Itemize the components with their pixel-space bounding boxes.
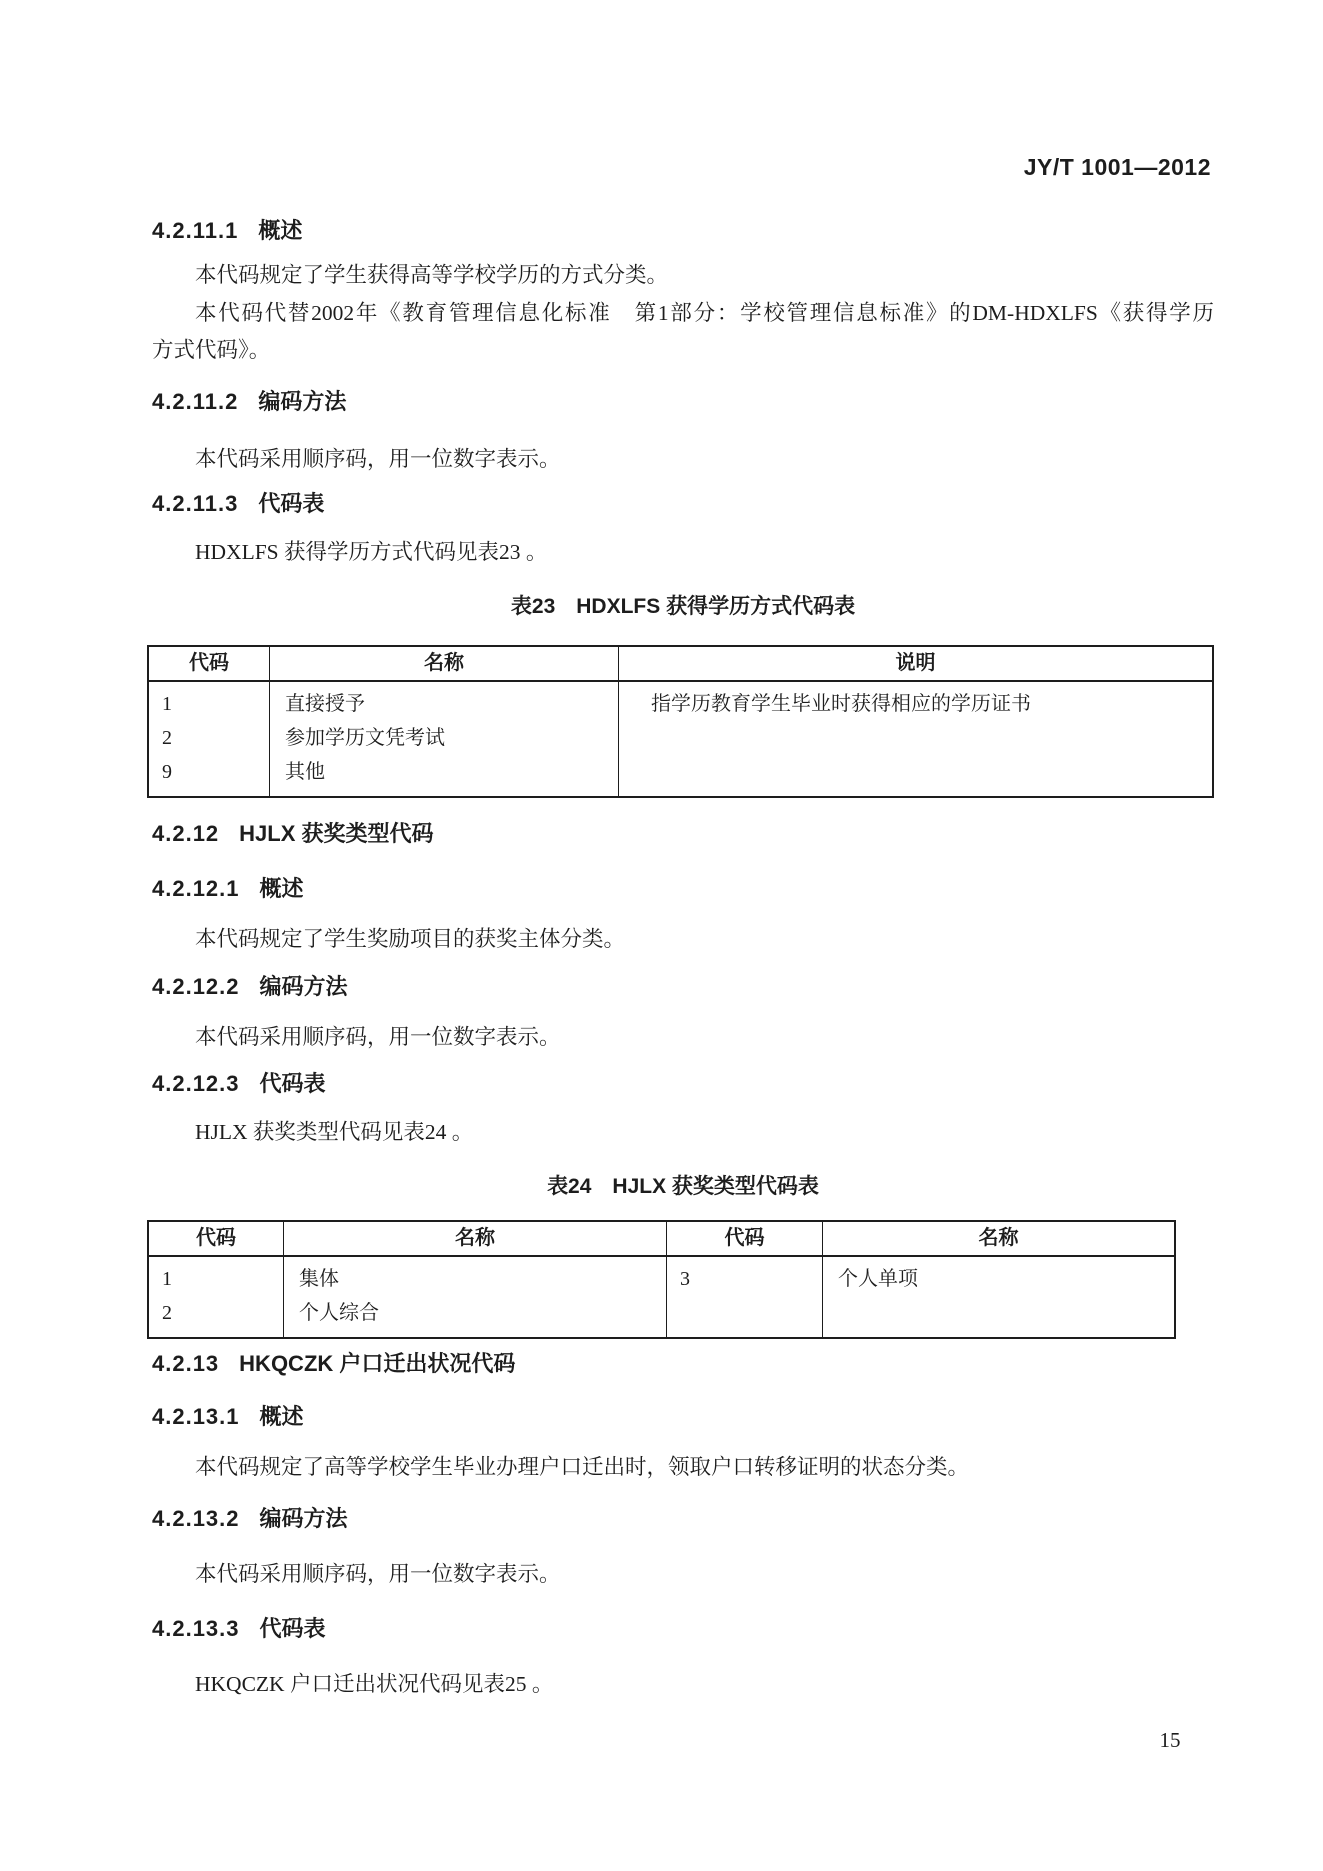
column-header: 名称: [283, 1222, 666, 1255]
code-cell: 3: [666, 1257, 822, 1337]
heading-title: 概述: [260, 876, 304, 901]
name-value: 其他: [285, 755, 618, 789]
heading-4-2-12-2: 4.2.12.2编码方法: [152, 970, 348, 1004]
heading-number: 4.2.13.2: [152, 1506, 240, 1531]
heading-number: 4.2.13.3: [152, 1616, 240, 1641]
column-header: 说明: [618, 647, 1212, 680]
paragraph: 本代码采用顺序码，用一位数字表示。: [152, 1020, 1214, 1054]
heading-number: 4.2.11.2: [152, 389, 238, 414]
code-value: 3: [680, 1262, 822, 1296]
desc-value: 指学历教育学生毕业时获得相应的学历证书: [651, 687, 1212, 721]
heading-4-2-12-3: 4.2.12.3代码表: [152, 1067, 326, 1101]
code-value: 1: [162, 1262, 283, 1296]
heading-title: 概述: [258, 218, 302, 243]
paragraph-line: 方式代码》。: [152, 332, 1214, 369]
heading-4-2-13: 4.2.13HKQCZK 户口迁出状况代码: [152, 1347, 515, 1381]
paragraph: 本代码规定了高等学校学生毕业办理户口迁出时，领取户口转移证明的状态分类。: [152, 1450, 1214, 1484]
column-header: 名称: [269, 647, 618, 680]
heading-4-2-11-2: 4.2.11.2编码方法: [152, 385, 346, 419]
heading-number: 4.2.13.1: [152, 1404, 240, 1429]
heading-4-2-12: 4.2.12HJLX 获奖类型代码: [152, 817, 434, 851]
heading-4-2-13-3: 4.2.13.3代码表: [152, 1612, 326, 1646]
code-value: 1: [162, 687, 269, 721]
paragraph: 本代码规定了学生奖励项目的获奖主体分类。: [152, 922, 1214, 956]
heading-4-2-11-3: 4.2.11.3代码表: [152, 487, 324, 521]
table24-header-row: 代码 名称 代码 名称: [149, 1222, 1174, 1257]
code-value: 2: [162, 1296, 283, 1330]
paragraph-line: 本代码代替2002年《教育管理信息化标准 第1部分：学校管理信息标准》的DM-H…: [152, 295, 1214, 332]
heading-title: 概述: [260, 1404, 304, 1429]
heading-4-2-12-1: 4.2.12.1概述: [152, 872, 304, 906]
name-value: 集体: [299, 1262, 666, 1296]
paragraph: 本代码代替2002年《教育管理信息化标准 第1部分：学校管理信息标准》的DM-H…: [152, 295, 1214, 369]
paragraph: HDXLFS 获得学历方式代码见表23 。: [152, 535, 1214, 569]
heading-title: 编码方法: [258, 389, 346, 414]
table23: 代码 名称 说明 1 2 9 直接授予 参加学历文凭考试 其他 指学历教育学生毕…: [147, 645, 1214, 798]
name-value: 个人单项: [838, 1262, 1174, 1296]
heading-4-2-13-2: 4.2.13.2编码方法: [152, 1502, 348, 1536]
name-cell: 集体 个人综合: [283, 1257, 666, 1337]
name-value: 参加学历文凭考试: [285, 721, 618, 755]
name-value: 直接授予: [285, 687, 618, 721]
page-number: 15: [1140, 1723, 1200, 1757]
heading-title: 代码表: [260, 1071, 326, 1096]
desc-value: [651, 755, 1212, 789]
desc-value: [651, 721, 1212, 755]
heading-title: 代码表: [260, 1616, 326, 1641]
heading-number: 4.2.12: [152, 821, 219, 846]
heading-title: 编码方法: [260, 974, 348, 999]
desc-cell: 指学历教育学生毕业时获得相应的学历证书: [618, 682, 1212, 796]
name-cell: 直接授予 参加学历文凭考试 其他: [269, 682, 618, 796]
heading-number: 4.2.11.1: [152, 218, 238, 243]
heading-title: 代码表: [258, 491, 324, 516]
table23-header-row: 代码 名称 说明: [149, 647, 1212, 682]
heading-number: 4.2.11.3: [152, 491, 238, 516]
table23-body-row: 1 2 9 直接授予 参加学历文凭考试 其他 指学历教育学生毕业时获得相应的学历…: [149, 682, 1212, 796]
code-cell: 1 2 9: [149, 682, 269, 796]
paragraph: 本代码采用顺序码，用一位数字表示。: [152, 1557, 1214, 1591]
column-header: 代码: [149, 1222, 283, 1255]
heading-4-2-13-1: 4.2.13.1概述: [152, 1400, 304, 1434]
table23-caption: 表23 HDXLFS 获得学历方式代码表: [152, 590, 1214, 624]
name-cell: 个人单项: [822, 1257, 1174, 1337]
heading-number: 4.2.13: [152, 1351, 219, 1376]
heading-title: HKQCZK 户口迁出状况代码: [239, 1351, 515, 1376]
code-value: 9: [162, 755, 269, 789]
column-header: 代码: [149, 647, 269, 680]
heading-number: 4.2.12.3: [152, 1071, 240, 1096]
document-page: JY/T 1001—2012 4.2.11.1概述 本代码规定了学生获得高等学校…: [0, 0, 1323, 1871]
heading-title: 编码方法: [260, 1506, 348, 1531]
column-header: 代码: [666, 1222, 822, 1255]
name-value: 个人综合: [299, 1296, 666, 1330]
column-header: 名称: [822, 1222, 1174, 1255]
doc-code-header: JY/T 1001—2012: [1024, 150, 1211, 184]
table24: 代码 名称 代码 名称 1 2 集体 个人综合 3 个人单项: [147, 1220, 1176, 1339]
table24-body-row: 1 2 集体 个人综合 3 个人单项: [149, 1257, 1174, 1337]
heading-number: 4.2.12.2: [152, 974, 240, 999]
code-value: 2: [162, 721, 269, 755]
heading-title: HJLX 获奖类型代码: [239, 821, 433, 846]
paragraph: HKQCZK 户口迁出状况代码见表25 。: [152, 1667, 1214, 1701]
paragraph: 本代码规定了学生获得高等学校学历的方式分类。: [152, 258, 1214, 292]
heading-4-2-11-1: 4.2.11.1概述: [152, 214, 302, 248]
table24-caption: 表24 HJLX 获奖类型代码表: [152, 1170, 1214, 1204]
heading-number: 4.2.12.1: [152, 876, 240, 901]
code-cell: 1 2: [149, 1257, 283, 1337]
paragraph: HJLX 获奖类型代码见表24 。: [152, 1115, 1214, 1149]
paragraph: 本代码采用顺序码，用一位数字表示。: [152, 442, 1214, 476]
